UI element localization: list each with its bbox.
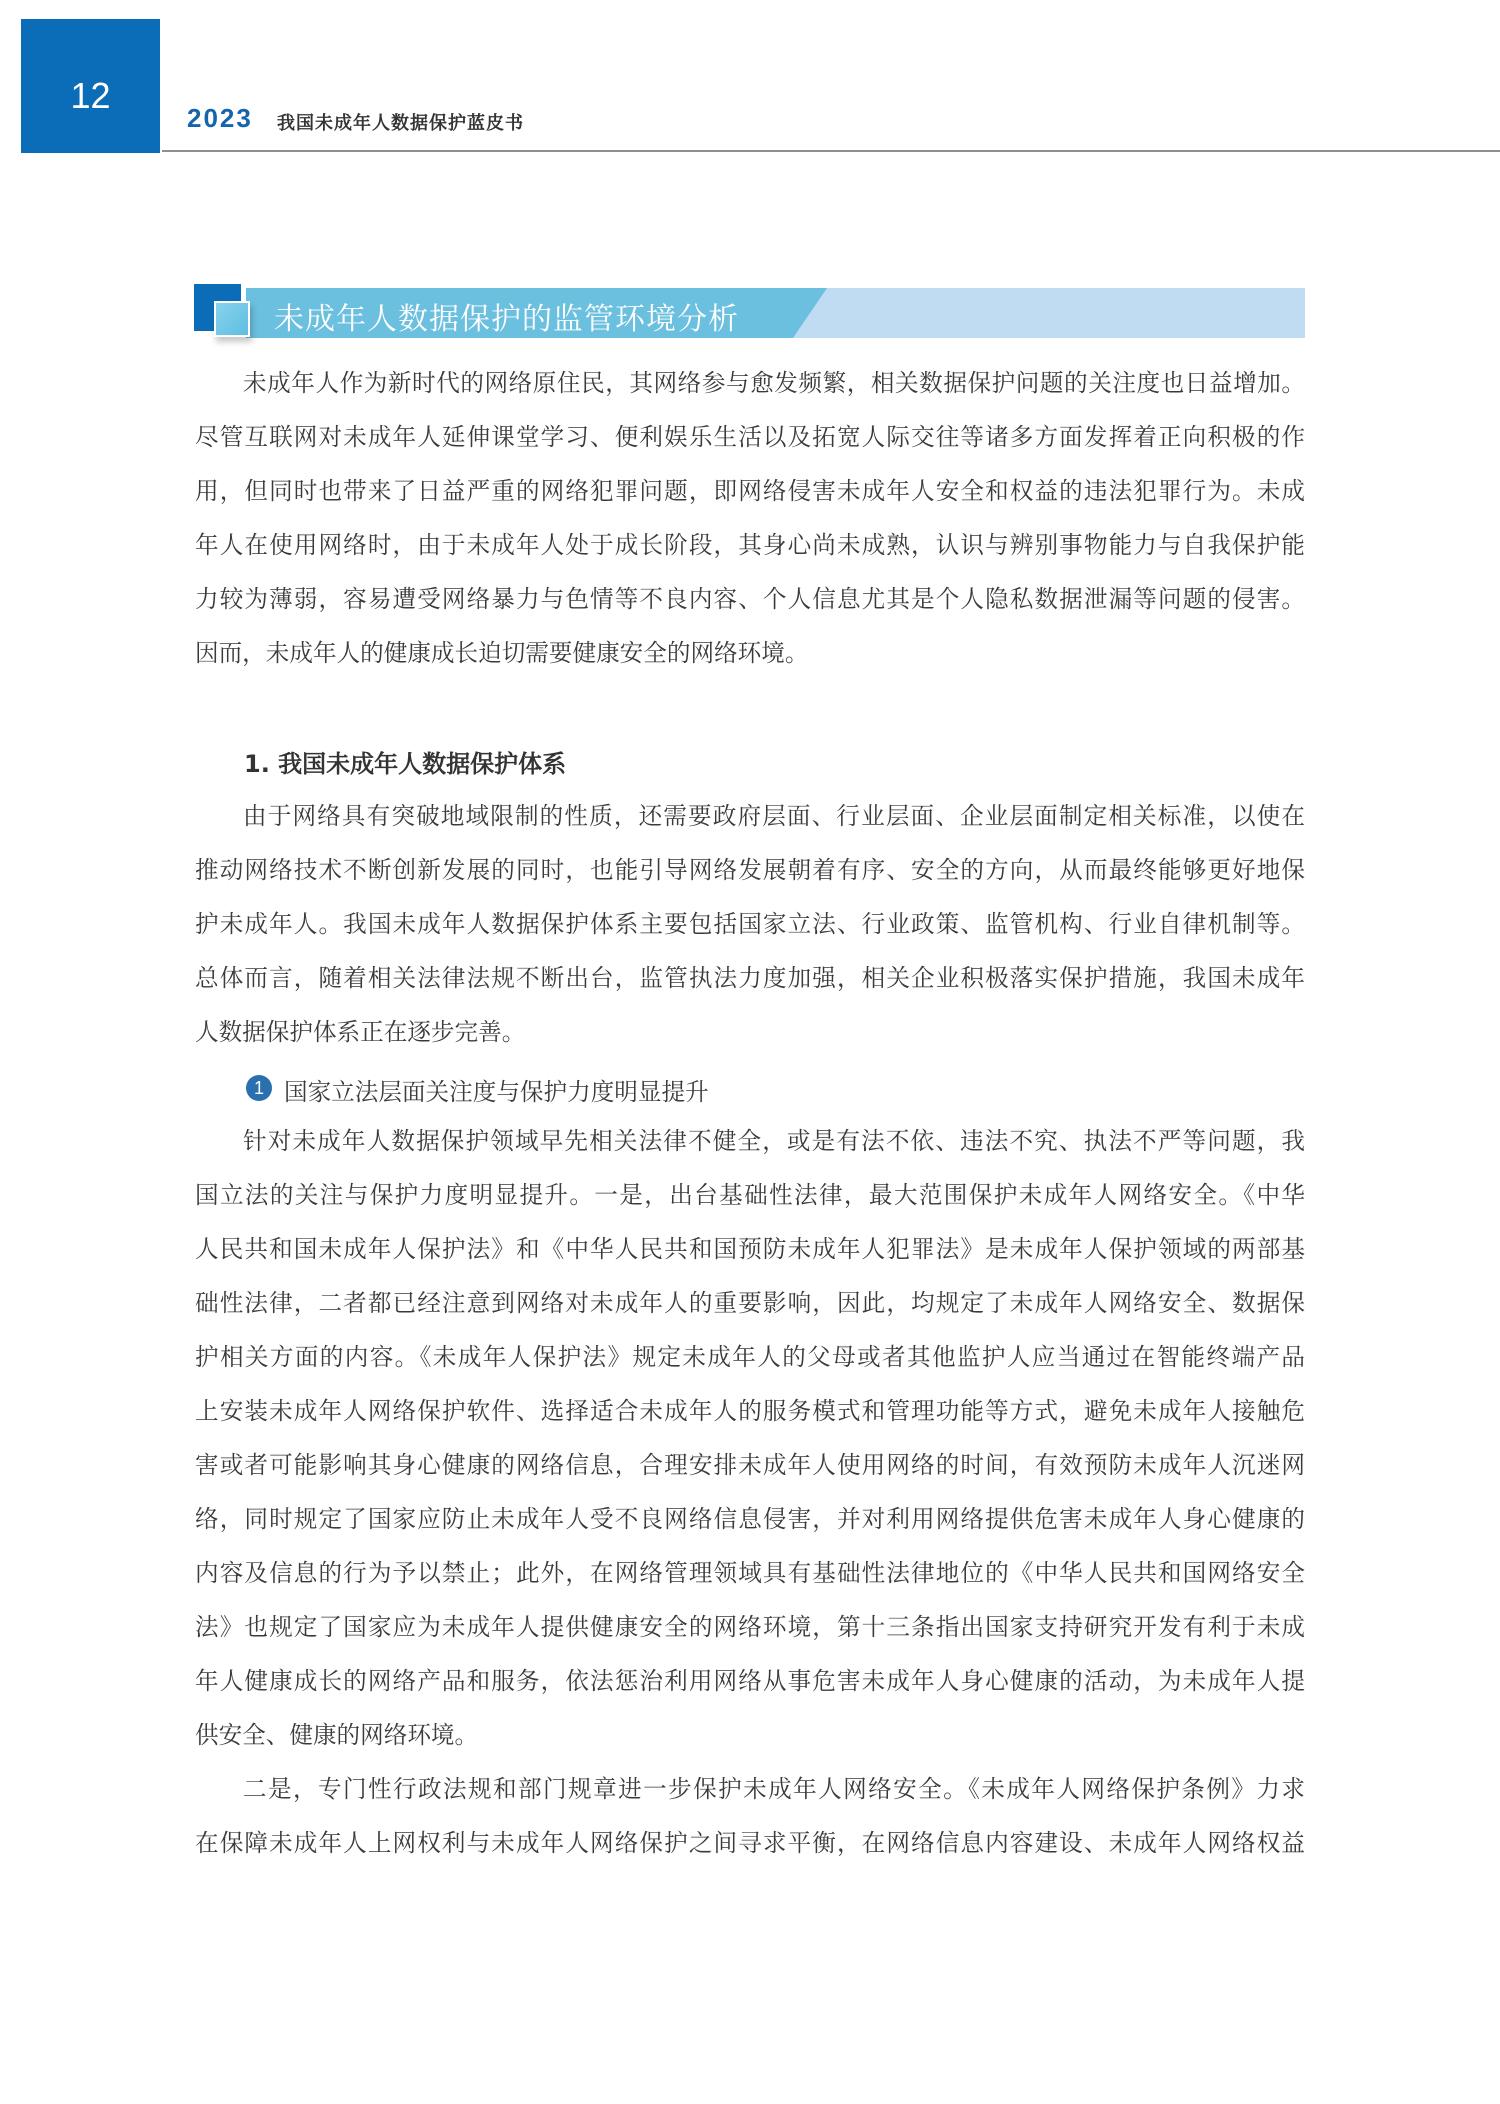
text-line: 由于网络具有突破地域限制的性质，还需要政府层面、行业层面、企业层面制定相关标准，…	[243, 801, 1305, 831]
text-line: 础性法律，二者都已经注意到网络对未成年人的重要影响，因此，均规定了未成年人网络安…	[195, 1288, 1305, 1318]
text-line: 用，但同时也带来了日益严重的网络犯罪问题，即网络侵害未成年人安全和权益的违法犯罪…	[195, 476, 1305, 506]
header-book-title: 我国未成年人数据保护蓝皮书	[277, 109, 524, 135]
text-line: 络，同时规定了国家应防止未成年人受不良网络信息侵害，并对利用网络提供危害未成年人…	[195, 1504, 1305, 1534]
text-line: 总体而言，随着相关法律法规不断出台，监管执法力度加强，相关企业积极落实保护措施，…	[195, 963, 1305, 993]
text-line: 未成年人作为新时代的网络原住民，其网络参与愈发频繁，相关数据保护问题的关注度也日…	[243, 368, 1305, 398]
text-line: 尽管互联网对未成年人延伸课堂学习、便利娱乐生活以及拓宽人际交往等诸多方面发挥着正…	[195, 422, 1305, 452]
numbered-subheading-label: 国家立法层面关注度与保护力度明显提升	[284, 1073, 709, 1107]
text-line: 人民共和国未成年人保护法》和《中华人民共和国预防未成年人犯罪法》是未成年人保护领…	[195, 1234, 1305, 1264]
number-circle-icon: 1	[246, 1075, 272, 1101]
text-line: 因而，未成年人的健康成长迫切需要健康安全的网络环境。	[195, 638, 1305, 668]
text-line: 二是，专门性行政法规和部门规章进一步保护未成年人网络安全。《未成年人网络保护条例…	[243, 1774, 1305, 1804]
text-line: 年人在使用网络时，由于未成年人处于成长阶段，其身心尚未成熟，认识与辨别事物能力与…	[195, 530, 1305, 560]
page-number-box: 12	[21, 19, 160, 153]
text-line: 力较为薄弱，容易遭受网络暴力与色情等不良内容、个人信息尤其是个人隐私数据泄漏等问…	[195, 584, 1305, 614]
text-line: 年人健康成长的网络产品和服务，依法惩治利用网络从事危害未成年人身心健康的活动，为…	[195, 1666, 1305, 1696]
text-line: 护未成年人。我国未成年人数据保护体系主要包括国家立法、行业政策、监管机构、行业自…	[195, 909, 1305, 939]
banner-square-icon-overlay	[214, 301, 250, 337]
banner-title: 未成年人数据保护的监管环境分析	[274, 294, 739, 338]
text-line: 上安装未成年人网络保护软件、选择适合未成年人的服务模式和管理功能等方式，避免未成…	[195, 1396, 1305, 1426]
header-divider	[162, 150, 1500, 152]
header-year: 2023	[187, 103, 253, 134]
text-line: 推动网络技术不断创新发展的同时，也能引导网络发展朝着有序、安全的方向，从而最终能…	[195, 855, 1305, 885]
text-line: 国立法的关注与保护力度明显提升。一是，出台基础性法律，最大范围保护未成年人网络安…	[195, 1180, 1305, 1210]
text-line: 法》也规定了国家应为未成年人提供健康安全的网络环境，第十三条指出国家支持研究开发…	[195, 1612, 1305, 1642]
text-line: 在保障未成年人上网权利与未成年人网络保护之间寻求平衡，在网络信息内容建设、未成年…	[195, 1828, 1305, 1858]
text-line: 护相关方面的内容。《未成年人保护法》规定未成年人的父母或者其他监护人应当通过在智…	[195, 1342, 1305, 1372]
page-number: 12	[21, 75, 160, 117]
section-heading: 1. 我国未成年人数据保护体系	[244, 744, 566, 779]
section-banner: 未成年人数据保护的监管环境分析	[246, 288, 1305, 338]
text-line: 供安全、健康的网络环境。	[195, 1720, 1305, 1750]
text-line: 针对未成年人数据保护领域早先相关法律不健全，或是有法不依、违法不究、执法不严等问…	[243, 1126, 1305, 1156]
text-line: 人数据保护体系正在逐步完善。	[195, 1017, 1305, 1047]
text-line: 内容及信息的行为予以禁止；此外，在网络管理领域具有基础性法律地位的《中华人民共和…	[195, 1558, 1305, 1588]
text-line: 害或者可能影响其身心健康的网络信息，合理安排未成年人使用网络的时间，有效预防未成…	[195, 1450, 1305, 1480]
